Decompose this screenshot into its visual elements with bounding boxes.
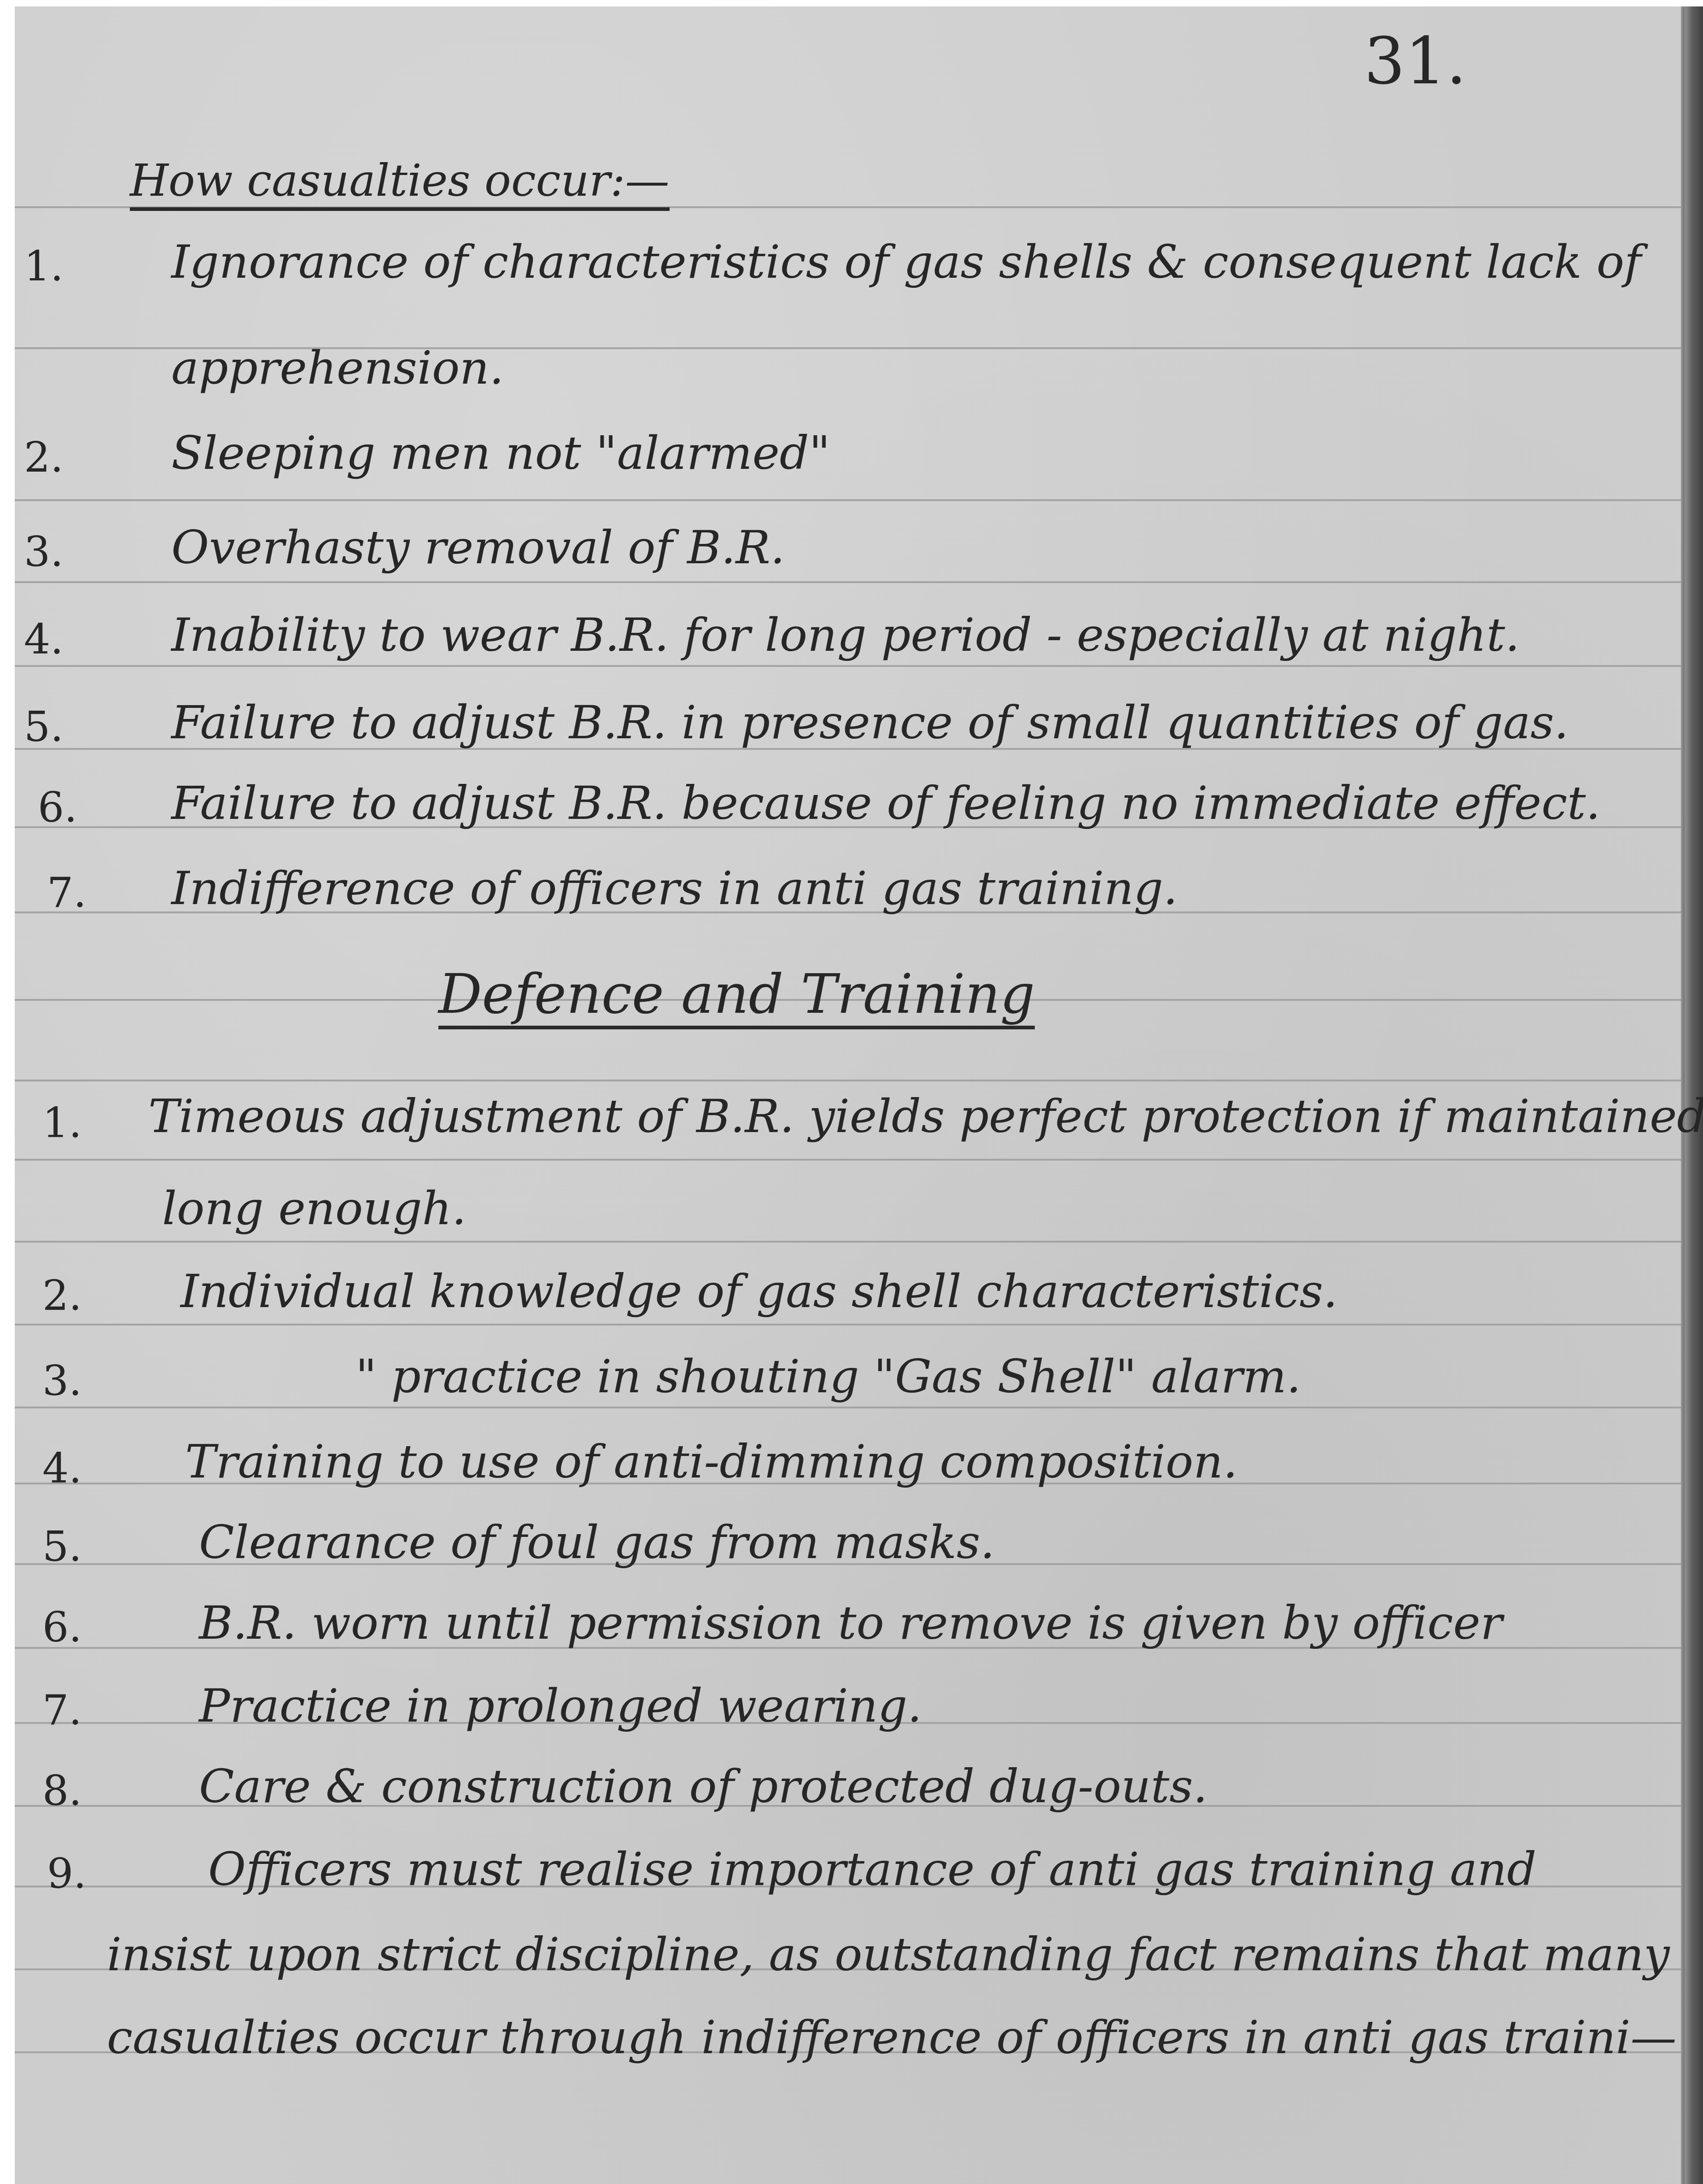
list-item: Inability to wear B.R. for long period -… <box>171 612 1520 658</box>
list-number: 2. <box>42 1275 82 1317</box>
list-number: 8. <box>42 1770 82 1812</box>
list-number: 5. <box>42 1526 82 1568</box>
list-number: 9. <box>47 1853 87 1895</box>
list-number: 7. <box>47 872 87 914</box>
list-item: Failure to adjust B.R. because of feelin… <box>171 780 1600 826</box>
list-item: Sleeping men not "alarmed" <box>171 430 830 476</box>
list-item: Clearance of foul gas from masks. <box>199 1519 995 1565</box>
list-item-continuation: insist upon strict discipline, as outsta… <box>107 1932 1670 1978</box>
list-item: Failure to adjust B.R. in presence of sm… <box>171 700 1569 746</box>
ruled-line <box>15 1241 1681 1243</box>
list-item: Practice in prolonged wearing. <box>199 1683 922 1729</box>
list-number: 6. <box>38 787 77 829</box>
list-number: 4. <box>24 619 64 660</box>
list-number: 4. <box>42 1448 82 1489</box>
ruled-line <box>15 581 1681 583</box>
ruled-line <box>15 1407 1681 1408</box>
list-item: Officers must realise importance of anti… <box>208 1846 1536 1892</box>
list-item: Ignorance of characteristics of gas shel… <box>171 239 1641 285</box>
ruled-line <box>15 1080 1681 1081</box>
list-item: " practice in shouting "Gas Shell" alarm… <box>356 1354 1301 1400</box>
list-number: 3. <box>24 531 64 573</box>
notebook-page: 31. How casualties occur:— 1. Ignorance … <box>15 6 1703 2184</box>
ruled-line <box>15 1324 1681 1326</box>
list-item-continuation: long enough. <box>162 1185 467 1232</box>
list-number: 7. <box>42 1690 82 1731</box>
list-number: 1. <box>42 1103 82 1144</box>
ruled-line <box>15 499 1681 501</box>
page-number: 31. <box>1364 29 1467 94</box>
list-item: Individual knowledge of gas shell charac… <box>181 1268 1338 1314</box>
list-item: Care & construction of protected dug-out… <box>199 1764 1207 1810</box>
section-heading-casualties: How casualties occur:— <box>130 158 670 211</box>
section-heading-defence-training: Defence and Training <box>438 967 1035 1029</box>
list-number: 6. <box>42 1607 82 1648</box>
list-number: 2. <box>24 437 64 479</box>
ruled-line <box>15 665 1681 667</box>
ruled-line <box>15 1159 1681 1161</box>
list-number: 5. <box>24 707 64 748</box>
list-item: Training to use of anti-dimming composit… <box>185 1439 1238 1485</box>
list-number: 3. <box>42 1361 82 1402</box>
list-item: B.R. worn until permission to remove is … <box>199 1600 1502 1646</box>
list-item: Timeous adjustment of B.R. yields perfec… <box>148 1093 1703 1139</box>
list-item: Overhasty removal of B.R. <box>171 525 785 571</box>
list-number: 1. <box>24 246 64 287</box>
list-item-continuation: casualties occur through indifference of… <box>107 2015 1677 2061</box>
list-item-continuation: apprehension. <box>171 345 504 391</box>
list-item: Indifference of officers in anti gas tra… <box>171 865 1178 911</box>
